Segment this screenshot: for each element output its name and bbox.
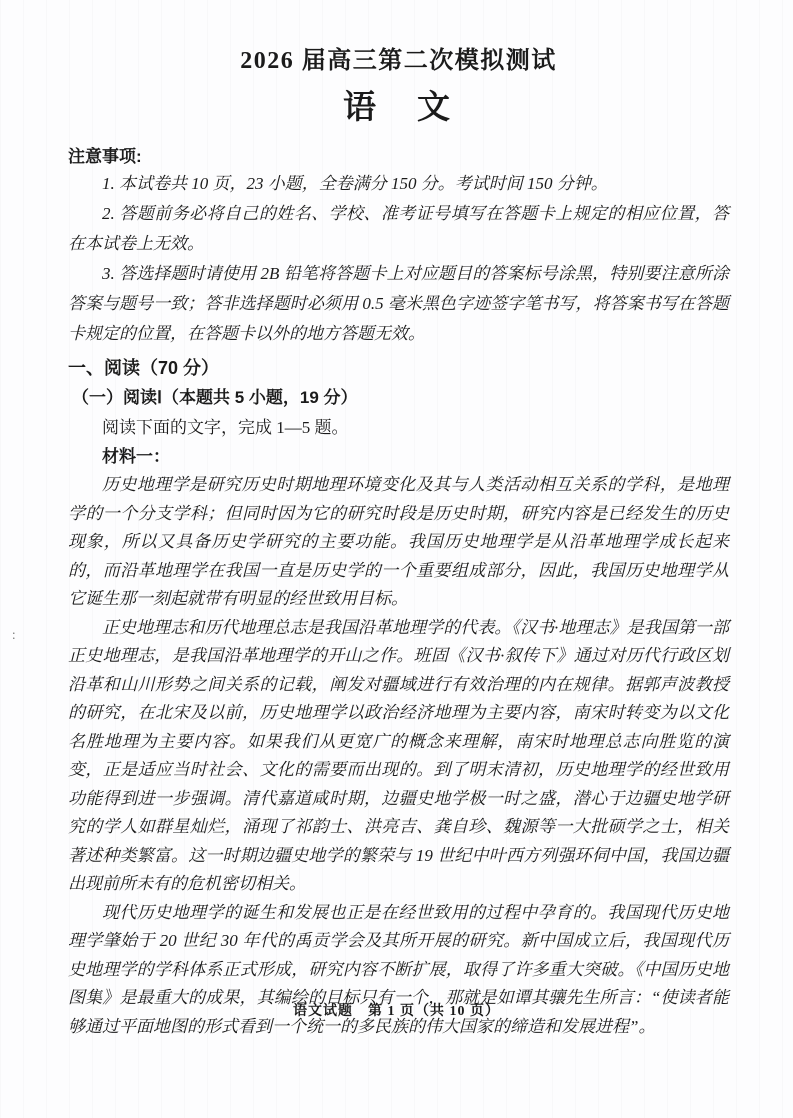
scan-margin-artifact: ： xyxy=(11,626,23,643)
notice-heading: 注意事项: xyxy=(68,145,729,169)
notice-item-1: 1. 本试卷共 10 页，23 小题，全卷满分 150 分。考试时间 150 分… xyxy=(68,169,729,199)
subsection-heading-reading-1: （一）阅读Ⅰ（本题共 5 小题，19 分） xyxy=(68,383,729,413)
material-one-label: 材料一： xyxy=(68,442,729,471)
exam-paper-page: 2026 届高三第二次模拟测试 语 文 注意事项: 1. 本试卷共 10 页，2… xyxy=(0,0,793,1118)
material-paragraph-1: 历史地理学是研究历史时期地理环境变化及其与人类活动相互关系的学科，是地理学的一个… xyxy=(68,471,729,614)
subject-title: 语 文 xyxy=(68,85,729,131)
notice-item-2: 2. 答题前务必将自己的姓名、学校、准考证号填写在答题卡上规定的相应位置，答在本… xyxy=(68,199,729,259)
page-footer: 语文试题 第 1 页（共 10 页） xyxy=(0,1000,793,1020)
notice-item-3: 3. 答选择题时请使用 2B 铅笔将答题卡上对应题目的答案标号涂黑，特别要注意所… xyxy=(68,259,729,349)
section-heading-reading: 一、阅读（70 分） xyxy=(68,353,729,383)
material-paragraph-2: 正史地理志和历代地理总志是我国沿革地理学的代表。《汉书·地理志》是我国第一部正史… xyxy=(68,614,729,899)
reading-instruction: 阅读下面的文字，完成 1—5 题。 xyxy=(68,413,729,442)
exam-session-title: 2026 届高三第二次模拟测试 xyxy=(68,46,729,76)
